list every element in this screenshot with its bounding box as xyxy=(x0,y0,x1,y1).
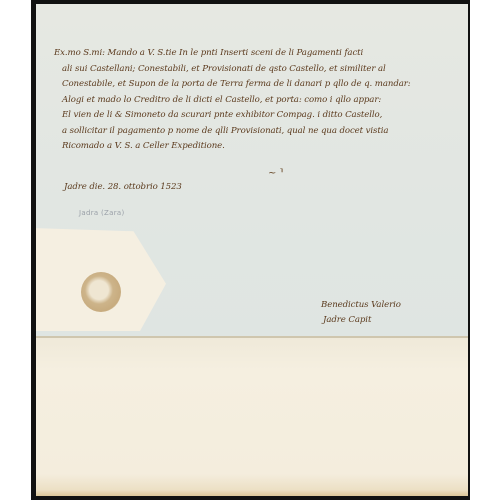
paper-lower-fold xyxy=(36,336,468,496)
signature-name: Benedictus Valerio xyxy=(321,298,401,313)
body-line: Ex.mo S.mi: Mando a V. S.tie In le pnti … xyxy=(54,46,411,62)
pencil-annotation: Jadra (Zara) xyxy=(79,209,125,217)
body-line: Alogi et mado lo Creditro de li dicti el… xyxy=(54,93,411,109)
edge-stain xyxy=(36,490,468,496)
flourish-mark-icon: ~ ⸣ xyxy=(268,168,283,179)
seal-stain-icon xyxy=(81,272,121,312)
date-line: Jadre die. 28. ottobrio 1523 xyxy=(64,180,182,196)
paper-seal-patch xyxy=(36,226,166,331)
body-line: Conestabile, et Supon de la porta de Ter… xyxy=(54,77,411,93)
signature-title: Jadre Capit xyxy=(321,313,401,328)
body-line: El vien de li & Simoneto da scurari pnte… xyxy=(54,108,411,124)
manuscript-page: Ex.mo S.mi: Mando a V. S.tie In le pnti … xyxy=(36,4,468,496)
body-line: ali sui Castellani; Conestabili, et Prov… xyxy=(54,62,411,78)
letter-body: Ex.mo S.mi: Mando a V. S.tie In le pnti … xyxy=(54,46,411,155)
body-line: a sollicitar il pagamento p nome de qlli… xyxy=(54,124,411,140)
body-line: Ricomado a V. S. a Celler Expeditione. xyxy=(54,139,411,155)
signature-block: Benedictus Valerio Jadre Capit xyxy=(321,298,401,328)
